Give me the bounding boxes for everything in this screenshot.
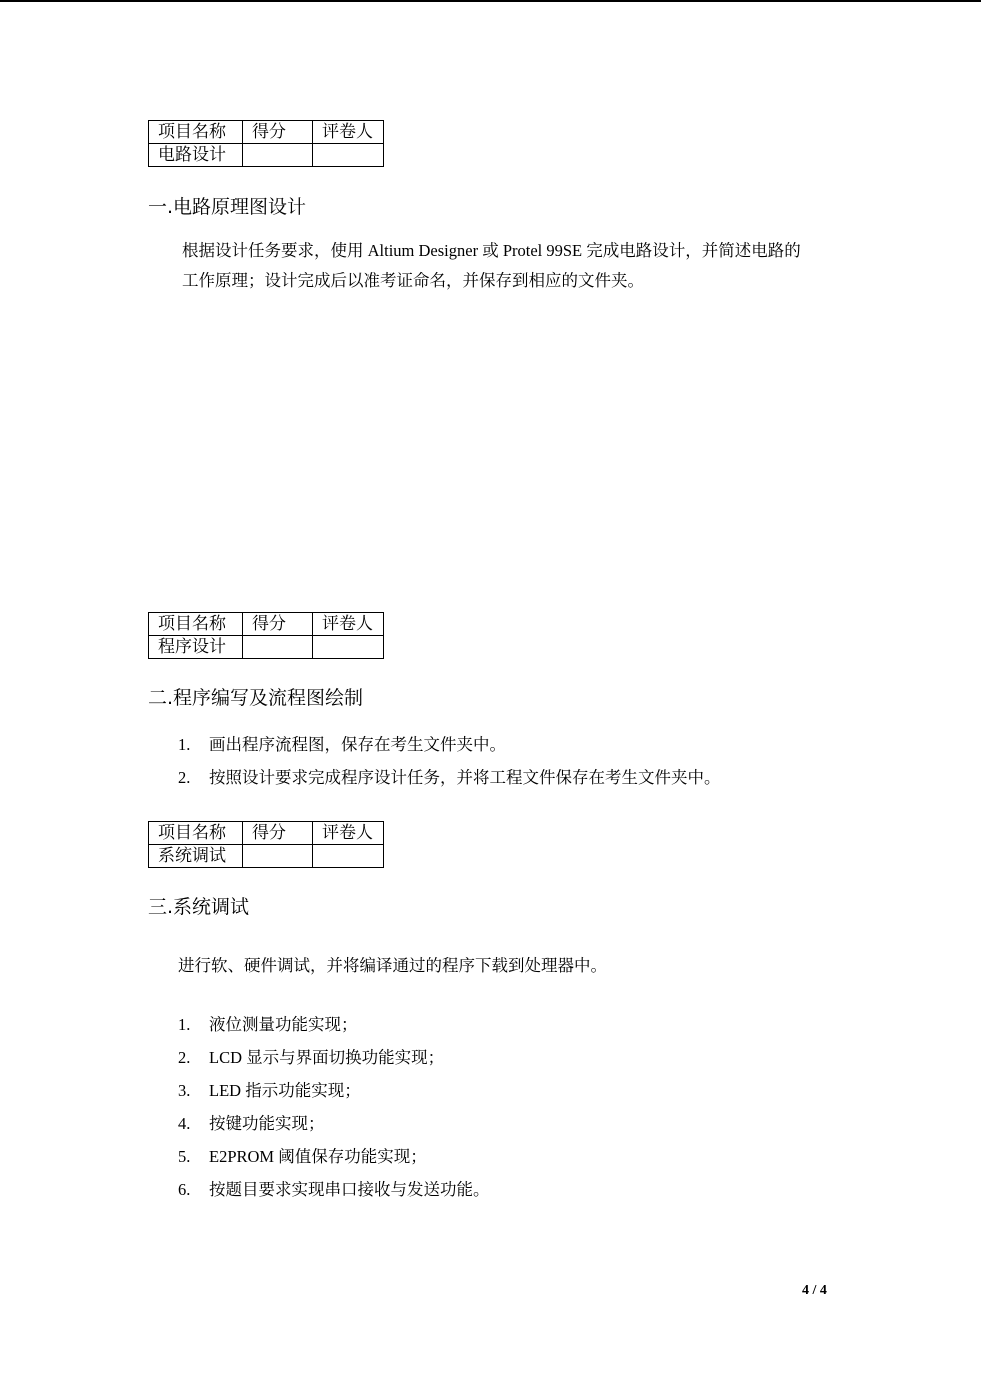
header-grader: 评卷人	[313, 613, 384, 636]
list-number: 2.	[178, 767, 209, 789]
section-title-circuit-schematic: 一.电路原理图设计	[148, 195, 306, 219]
list-number: 2.	[178, 1047, 209, 1069]
project-name-cell: 电路设计	[149, 144, 243, 167]
score-cell[interactable]	[243, 636, 313, 659]
section-title-programming-flowchart: 二.程序编写及流程图绘制	[148, 686, 363, 710]
list-item: 4.按键功能实现；	[178, 1113, 325, 1135]
score-table-value-row: 系统调试	[149, 845, 384, 868]
list-item: 2.LCD 显示与界面切换功能实现；	[178, 1047, 444, 1069]
project-name-cell: 程序设计	[149, 636, 243, 659]
score-table-program-design: 项目名称 得分 评卷人 程序设计	[148, 612, 384, 659]
grader-cell[interactable]	[313, 636, 384, 659]
paragraph-line: 工作原理；设计完成后以准考证命名，并保存到相应的文件夹。	[182, 266, 644, 296]
list-number: 3.	[178, 1080, 209, 1102]
list-number: 4.	[178, 1113, 209, 1135]
list-item: 5.E2PROM 阈值保存功能实现；	[178, 1146, 427, 1168]
score-table-header-row: 项目名称 得分 评卷人	[149, 121, 384, 144]
grader-cell[interactable]	[313, 845, 384, 868]
list-text: E2PROM 阈值保存功能实现；	[209, 1147, 427, 1166]
list-item: 1.液位测量功能实现；	[178, 1014, 358, 1036]
list-number: 1.	[178, 1014, 209, 1036]
score-table-system-debug: 项目名称 得分 评卷人 系统调试	[148, 821, 384, 868]
list-number: 1.	[178, 734, 209, 756]
header-project-name: 项目名称	[149, 613, 243, 636]
header-grader: 评卷人	[313, 822, 384, 845]
grader-cell[interactable]	[313, 144, 384, 167]
list-text: 按键功能实现；	[209, 1114, 325, 1133]
score-table-value-row: 程序设计	[149, 636, 384, 659]
list-text: 按题目要求实现串口接收与发送功能。	[209, 1180, 490, 1199]
list-item: 6.按题目要求实现串口接收与发送功能。	[178, 1179, 490, 1201]
list-item: 3.LED 指示功能实现；	[178, 1080, 361, 1102]
header-project-name: 项目名称	[149, 822, 243, 845]
header-score: 得分	[243, 121, 313, 144]
list-text: LED 指示功能实现；	[209, 1081, 361, 1100]
header-grader: 评卷人	[313, 121, 384, 144]
score-cell[interactable]	[243, 144, 313, 167]
list-text: 按照设计要求完成程序设计任务，并将工程文件保存在考生文件夹中。	[209, 768, 721, 787]
score-cell[interactable]	[243, 845, 313, 868]
section-intro: 进行软、硬件调试，并将编译通过的程序下载到处理器中。	[178, 951, 607, 981]
paragraph-line: 根据设计任务要求，使用 Altium Designer 或 Protel 99S…	[182, 236, 801, 266]
list-text: 液位测量功能实现；	[209, 1015, 358, 1034]
score-table-header-row: 项目名称 得分 评卷人	[149, 822, 384, 845]
score-table-circuit-design: 项目名称 得分 评卷人 电路设计	[148, 120, 384, 167]
list-item: 2.按照设计要求完成程序设计任务，并将工程文件保存在考生文件夹中。	[178, 767, 721, 789]
section-title-system-debug: 三.系统调试	[148, 895, 249, 919]
list-text: 画出程序流程图，保存在考生文件夹中。	[209, 735, 506, 754]
list-item: 1.画出程序流程图，保存在考生文件夹中。	[178, 734, 506, 756]
project-name-cell: 系统调试	[149, 845, 243, 868]
list-number: 5.	[178, 1146, 209, 1168]
header-score: 得分	[243, 822, 313, 845]
page-top-border	[0, 0, 981, 2]
header-project-name: 项目名称	[149, 121, 243, 144]
score-table-header-row: 项目名称 得分 评卷人	[149, 613, 384, 636]
list-number: 6.	[178, 1179, 209, 1201]
list-text: LCD 显示与界面切换功能实现；	[209, 1048, 444, 1067]
page-number: 4 / 4	[802, 1282, 827, 1300]
header-score: 得分	[243, 613, 313, 636]
score-table-value-row: 电路设计	[149, 144, 384, 167]
